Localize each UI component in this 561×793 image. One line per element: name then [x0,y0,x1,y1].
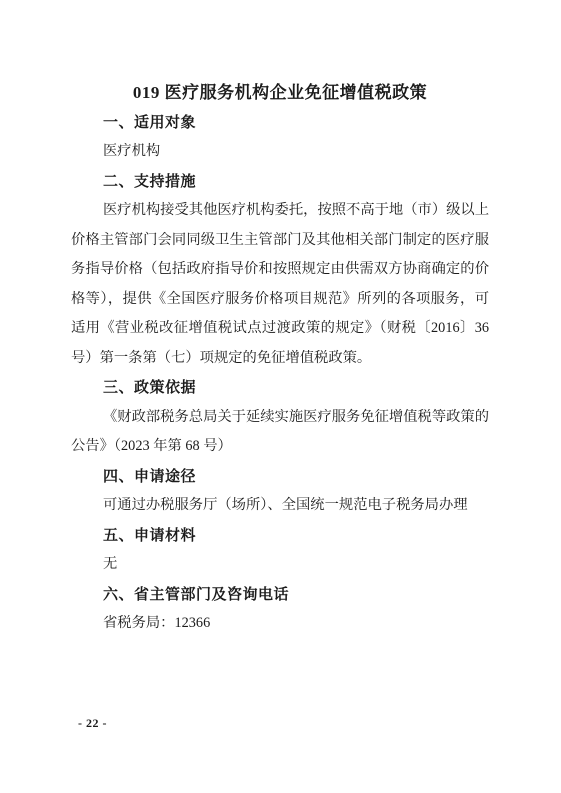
section-paragraph: 省税务局：12366 [71,609,489,639]
document-content: 019 医疗服务机构企业免征增值税政策 一、适用对象 医疗机构 二、支持措施 医… [71,78,489,639]
document-title: 019 医疗服务机构企业免征增值税政策 [71,78,489,108]
section-heading: 一、适用对象 [71,108,489,138]
section-paragraph: 可通过办税服务厅（场所）、全国统一规范电子税务局办理 [71,491,489,521]
section-application-materials: 五、申请材料 无 [71,521,489,580]
section-applicable-objects: 一、适用对象 医疗机构 [71,108,489,167]
section-heading: 四、申请途径 [71,462,489,492]
section-paragraph: 医疗机构 [71,137,489,167]
section-heading: 三、政策依据 [71,373,489,403]
section-paragraph: 《财政部税务总局关于延续实施医疗服务免征增值税等政策的公告》（2023 年第 6… [71,403,489,462]
section-heading: 二、支持措施 [71,167,489,197]
section-heading: 六、省主管部门及咨询电话 [71,580,489,610]
section-heading: 五、申请材料 [71,521,489,551]
section-support-measures: 二、支持措施 医疗机构接受其他医疗机构委托，按照不高于地（市）级以上价格主管部门… [71,167,489,374]
section-paragraph: 医疗机构接受其他医疗机构委托，按照不高于地（市）级以上价格主管部门会同同级卫生主… [71,196,489,373]
section-application-channel: 四、申请途径 可通过办税服务厅（场所）、全国统一规范电子税务局办理 [71,462,489,521]
section-policy-basis: 三、政策依据 《财政部税务总局关于延续实施医疗服务免征增值税等政策的公告》（20… [71,373,489,462]
page-number: - 22 - [78,716,107,731]
section-paragraph: 无 [71,550,489,580]
document-page: 019 医疗服务机构企业免征增值税政策 一、适用对象 医疗机构 二、支持措施 医… [0,0,561,793]
section-contact: 六、省主管部门及咨询电话 省税务局：12366 [71,580,489,639]
